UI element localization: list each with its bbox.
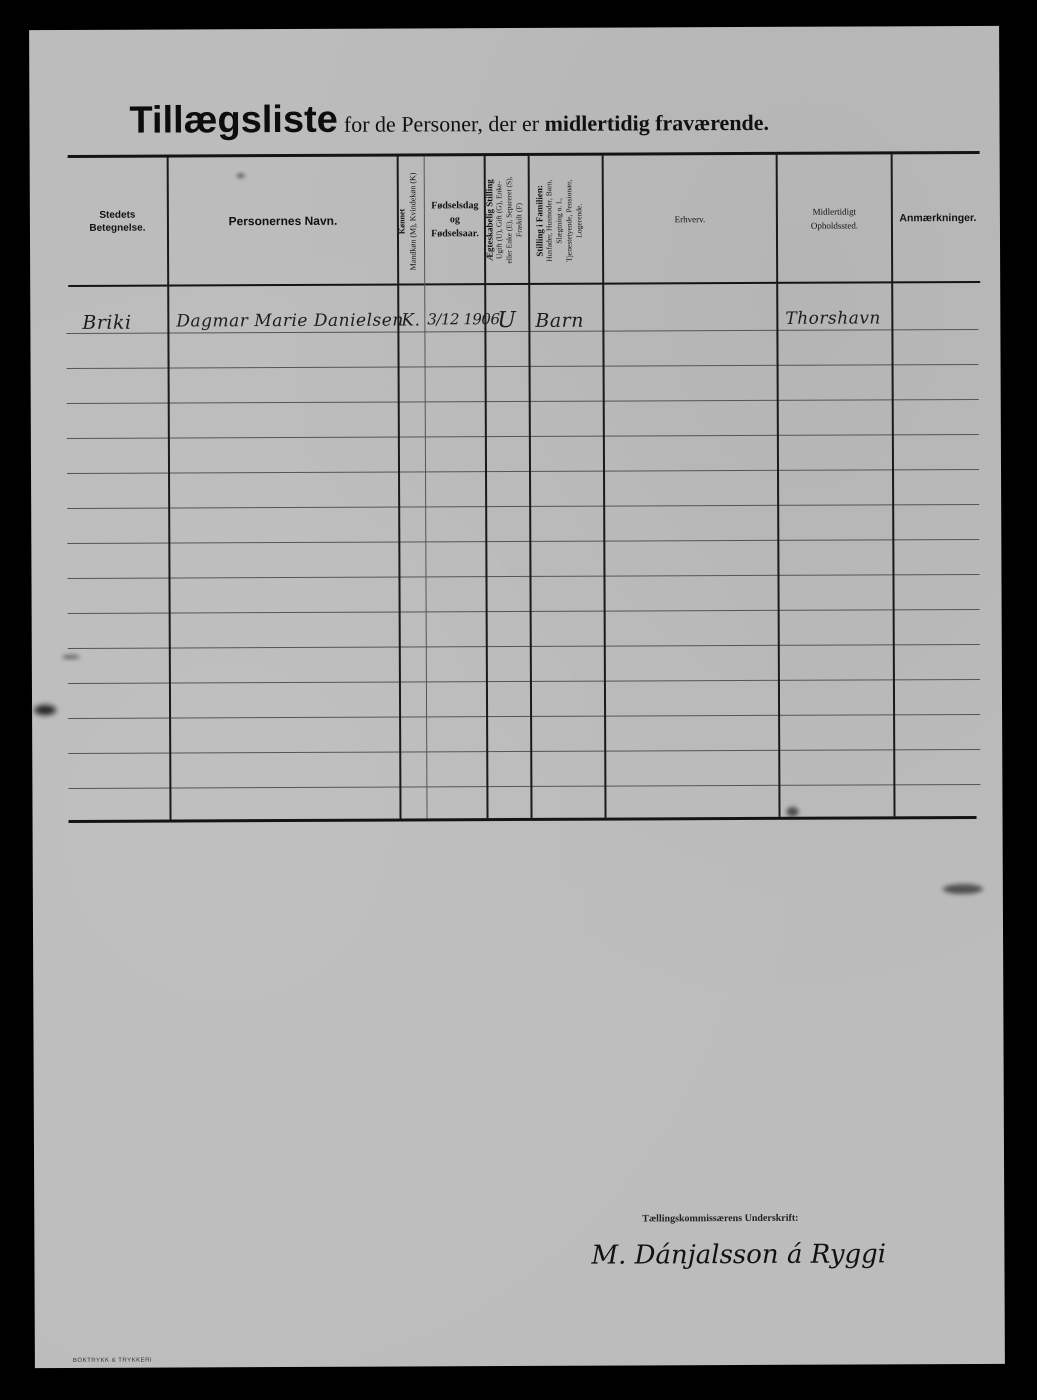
ink-stain	[62, 655, 80, 659]
table-row: Briki Dagmar Marie Danielsen K. 3/12 190…	[29, 26, 999, 30]
form-title: Tillægslistefor de Personer, der er midl…	[129, 97, 769, 143]
row-rule	[67, 399, 979, 404]
row-rule	[68, 749, 980, 754]
signature-label: Tællingskommissærens Underskrift:	[642, 1213, 798, 1225]
column-header-familie: Stilling i Familien: Husfader, Husmoder,…	[534, 158, 595, 283]
cell-opholdssted: Thorshavn	[785, 308, 881, 328]
ink-stain	[786, 807, 798, 817]
cell-fodsel: 3/12 1906	[427, 310, 499, 328]
census-form-page: Tillægslistefor de Personer, der er midl…	[29, 26, 1005, 1368]
table-bottom-rule	[69, 816, 977, 823]
row-rule	[68, 784, 980, 789]
column-header-sted: Stedets Betegnelse.	[68, 158, 168, 285]
row-rule	[67, 469, 979, 474]
ink-mark	[237, 174, 245, 177]
column-header-fodsel: Fødselsdag og Fødselsaar.	[426, 156, 485, 283]
ink-stain	[34, 705, 56, 715]
row-rule	[67, 364, 979, 369]
column-header-opholdssted: Midlertidigt Opholdssted.	[778, 154, 892, 281]
row-rule	[67, 574, 979, 579]
row-rule	[67, 539, 979, 544]
cell-navn: Dagmar Marie Danielsen	[176, 310, 403, 331]
ink-stain	[943, 884, 983, 894]
row-rule	[68, 644, 980, 649]
cell-sted: Briki	[82, 312, 131, 334]
row-rule	[68, 609, 980, 614]
column-header-navn: Personernes Navn.	[169, 157, 398, 285]
signature: M. Dánjalsson á Ryggi	[591, 1239, 886, 1270]
row-rule	[67, 504, 979, 509]
cell-aegteskab: U	[497, 308, 516, 333]
column-header-erhverv: Erhverv.	[604, 155, 777, 283]
column-header-kjon: Kønnet Mandkøn (M), Kvindekøn (K)	[396, 159, 423, 284]
printer-mark: BOKTRYKK & TRYKKERI	[73, 1358, 152, 1364]
column-header-anmaerkninger: Anmærkninger.	[893, 154, 984, 281]
title-subtitle: for de Personer, der er midlertidig frav…	[344, 110, 769, 137]
cell-familie: Barn	[535, 310, 584, 332]
column-header-aegteskab: Ægteskabelig Stilling Ugift (U), Gift (G…	[484, 157, 529, 282]
cell-kjon: K.	[401, 310, 420, 330]
title-main: Tillægsliste	[129, 99, 338, 142]
row-rule	[68, 714, 980, 719]
row-rule	[68, 679, 980, 684]
row-rule	[67, 434, 979, 439]
